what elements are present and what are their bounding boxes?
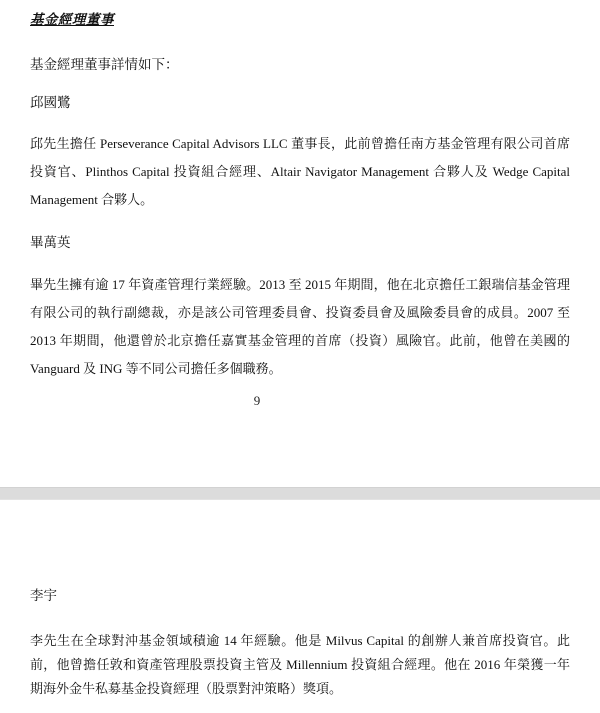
director-name-bi-wan-ying: 畢萬英	[30, 231, 71, 251]
section-heading: 基金經理董事	[30, 8, 114, 28]
page-break-separator	[0, 487, 600, 500]
intro-line: 基金經理董事詳情如下：	[30, 53, 179, 73]
director-bio-li-yu: 李先生在全球對沖基金領域積逾 14 年經驗。他是 Milvus Capital …	[30, 629, 570, 701]
director-bio-bi-wan-ying: 畢先生擁有逾 17 年資產管理行業經驗。2013 至 2015 年期間，他在北京…	[30, 271, 570, 383]
director-bio-qiu-guo-lu: 邱先生擔任 Perseverance Capital Advisors LLC …	[30, 130, 570, 214]
director-name-li-yu: 李宇	[30, 584, 57, 604]
director-name-qiu-guo-lu: 邱國鷺	[30, 91, 71, 111]
page-number: 9	[0, 393, 514, 409]
document-page-view: 基金經理董事 基金經理董事詳情如下： 邱國鷺 邱先生擔任 Perseveranc…	[0, 0, 600, 713]
